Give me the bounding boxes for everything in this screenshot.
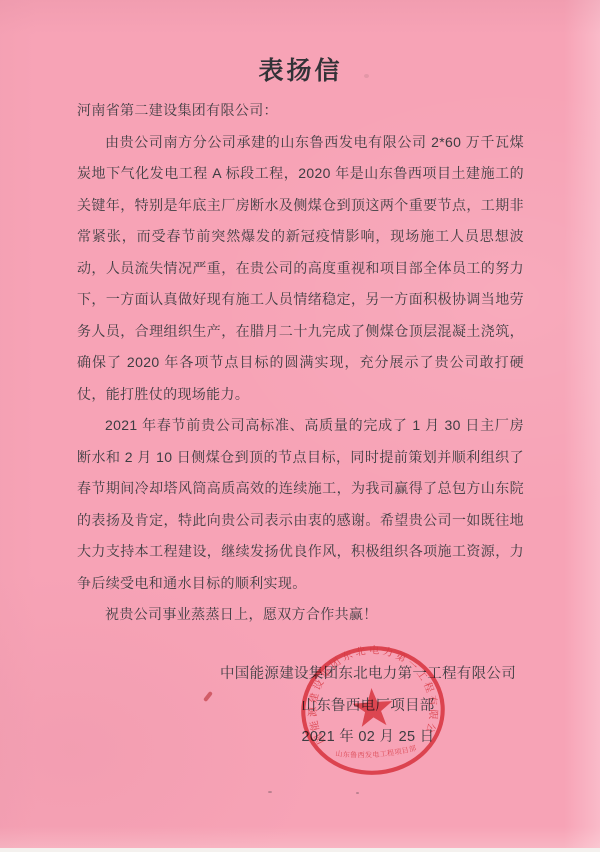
salutation: 河南省第二建设集团有限公司： [77,95,524,127]
signature-company: 中国能源建设集团东北电力第一工程有限公司 [212,659,524,691]
signature-block: 中国能源建设集团东北电力第一工程有限公司 山东鲁西电厂项目部 2021 年 02… [212,659,524,754]
signature-date: 2021 年 02 月 25 日 [212,722,524,754]
scan-edge-strip [0,848,600,852]
paragraph-1: 由贵公司南方分公司承建的山东鲁西发电有限公司 2*60 万千瓦煤炭地下气化发电工… [77,127,524,411]
scan-smudge [364,74,369,78]
letter-body: 表扬信 河南省第二建设集团有限公司： 由贵公司南方分公司承建的山东鲁西发电有限公… [77,0,524,631]
signature-department: 山东鲁西电厂项目部 [212,691,524,723]
paragraph-2: 2021 年春节前贵公司高标准、高质量的完成了 1 月 30 日主厂房断水和 2… [77,410,524,599]
letter-page: 表扬信 河南省第二建设集团有限公司： 由贵公司南方分公司承建的山东鲁西发电有限公… [0,0,600,852]
scan-speck [268,791,272,793]
paragraph-closing-wish: 祝贵公司事业蒸蒸日上，愿双方合作共赢！ [77,599,524,631]
scan-speck [356,792,359,794]
letter-title: 表扬信 [77,56,524,86]
